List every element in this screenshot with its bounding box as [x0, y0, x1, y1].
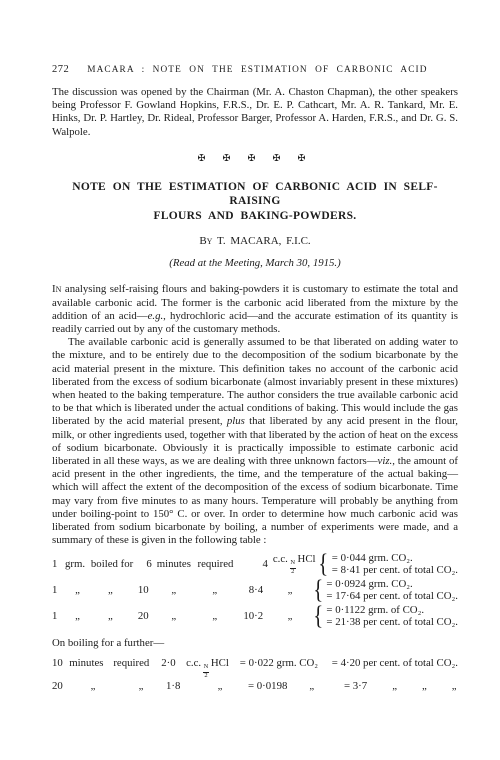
normality-fraction: N2 [290, 560, 296, 575]
required-label: required [197, 558, 240, 570]
further-results-table: 10 minutes required 2·0 c.c.N2HCl = 0·02… [52, 657, 458, 693]
qty-value: 1 [52, 584, 65, 596]
result-grams: = 0·1122 grm. of CO₂. [326, 604, 458, 617]
required-label: required [113, 657, 161, 671]
result-grams-value: = 0·0198 [248, 680, 287, 692]
hcl-normality: c.c.N2HCl [186, 657, 240, 679]
table-row: 20 „ „ 1·8 „ = 0·0198„ = 3·7„„„ [52, 680, 458, 694]
result-grams: = 0·044 grm. CO₂. [332, 552, 458, 565]
result-percent: = 17·64 per cent. of total CO₂. [326, 590, 458, 603]
ditto-mark: „ [65, 584, 91, 596]
cc-unit-label: c.c. [186, 657, 201, 669]
further-boiling-heading: On boiling for a further— [52, 637, 458, 649]
cc-value: 4 [240, 558, 273, 570]
result-percent: = 21·38 per cent. of total CO₂. [326, 616, 458, 629]
ditto-mark: „ [309, 680, 314, 692]
ditto-mark: „ [392, 680, 397, 692]
running-header-title: MACARA : NOTE ON THE ESTIMATION OF CARBO… [87, 65, 427, 75]
qty-unit: grm. [65, 558, 91, 570]
result-percent: = 4·20 per cent. of total CO₂. [332, 657, 458, 671]
qty-value: 1 [52, 558, 65, 570]
result-grams: = 0·0924 grm. CO₂. [326, 578, 458, 591]
result-percent-value: = 3·7 [344, 680, 367, 692]
ditto-mark: „ [268, 610, 312, 622]
ditto-mark: „ [194, 584, 236, 596]
discussion-note-paragraph: The discussion was opened by the Chairma… [52, 86, 458, 139]
byline: By T. MACARA, F.I.C. [52, 235, 458, 247]
minutes-label: minutes [155, 558, 198, 570]
read-at-meeting-note: (Read at the Meeting, March 30, 1915.) [52, 257, 458, 269]
minutes-value: 6 [133, 558, 155, 570]
table-row: 1 grm. boiled for 6 minutes required 4 c… [52, 551, 458, 577]
table-row: 1 „ „ 10 „ „ 8·4 „ { = 0·0924 grm. CO₂. … [52, 577, 458, 603]
ditto-mark: „ [116, 680, 166, 694]
brace-icon: { [319, 551, 329, 577]
brace-icon: { [313, 603, 323, 629]
table-row: 10 minutes required 2·0 c.c.N2HCl = 0·02… [52, 657, 458, 679]
article-title-line1: NOTE ON THE ESTIMATION OF CARBONIC ACID … [52, 180, 458, 209]
document-page: 272 MACARA : NOTE ON THE ESTIMATION OF C… [0, 0, 500, 760]
cc-value: 8·4 [236, 584, 268, 596]
qty-value: 1 [52, 610, 65, 622]
ditto-mark: „ [268, 584, 312, 596]
ditto-mark: „ [422, 680, 427, 692]
ditto-mark: „ [452, 680, 457, 692]
result-lines: = 0·1122 grm. of CO₂. = 21·38 per cent. … [326, 604, 458, 629]
table-row: 1 „ „ 20 „ „ 10·2 „ { = 0·1122 grm. of C… [52, 603, 458, 629]
result-percent: = 3·7„„„ [344, 680, 457, 694]
cc-value: 1·8 [166, 680, 192, 694]
ditto-mark: „ [192, 680, 248, 694]
cc-value: 10·2 [236, 610, 268, 622]
hcl-label: HCl [298, 553, 316, 565]
body-paragraph-1: In analysing self-raising flours and bak… [52, 283, 458, 336]
result-lines: = 0·0924 grm. CO₂. = 17·64 per cent. of … [326, 578, 458, 603]
result-grams: = 0·0198„ [248, 680, 344, 694]
minutes-value: 10 [130, 584, 151, 596]
minutes-value: 10 [52, 657, 69, 671]
minutes-label: minutes [69, 657, 113, 671]
minutes-value: 20 [52, 680, 70, 694]
brace-icon: { [313, 577, 323, 603]
ornament-crosses: ✠ ✠ ✠ ✠ ✠ [52, 153, 458, 164]
ditto-mark: „ [65, 610, 91, 622]
cc-unit-label: c.c. [273, 553, 288, 565]
fraction-denominator: 2 [291, 569, 294, 576]
ditto-mark: „ [152, 610, 194, 622]
ditto-mark: „ [90, 584, 130, 596]
cc-value: 2·0 [161, 657, 186, 671]
ditto-mark: „ [194, 610, 236, 622]
page-number: 272 [52, 64, 69, 75]
running-header: 272 MACARA : NOTE ON THE ESTIMATION OF C… [52, 64, 458, 75]
hcl-label: HCl [211, 657, 229, 669]
body-paragraph-2: The available carbonic acid is generally… [52, 336, 458, 547]
result-lines: = 0·044 grm. CO₂. = 8·41 per cent. of to… [332, 552, 458, 577]
boiled-for-label: boiled for [91, 558, 133, 570]
hcl-normality: c.c.N2HCl [273, 553, 317, 575]
results-table: 1 grm. boiled for 6 minutes required 4 c… [52, 551, 458, 629]
result-percent: = 8·41 per cent. of total CO₂. [332, 564, 458, 577]
normality-fraction: N2 [203, 664, 209, 679]
article-title: NOTE ON THE ESTIMATION OF CARBONIC ACID … [52, 180, 458, 224]
fraction-denominator: 2 [204, 673, 207, 680]
minutes-value: 20 [130, 610, 151, 622]
ditto-mark: „ [90, 610, 130, 622]
result-grams: = 0·022 grm. CO₂ [240, 657, 332, 671]
ditto-mark: „ [152, 584, 194, 596]
article-title-line2: FLOURS AND BAKING-POWDERS. [52, 209, 458, 224]
ditto-mark: „ [70, 680, 116, 694]
